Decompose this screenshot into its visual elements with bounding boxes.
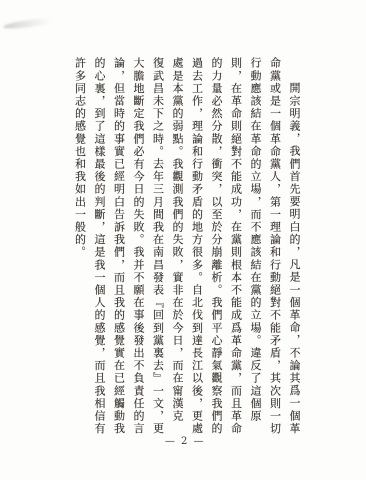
text-column: 的心裏，到了這樣最後的判斷，這是我一個人的感覺，而且我相信有	[90, 57, 110, 439]
text-column: 復武昌未下之時。去年三月間我在南昌發表『回到黨裏去』一文，更	[148, 57, 168, 439]
corner-smudge	[3, 17, 55, 30]
text-column: 則，在革命則絕對不能成功，在黨則根本不能成爲革命黨，而且革命	[226, 57, 246, 439]
text-column: 許多同志的感覺也和我如出一般的。	[70, 57, 90, 439]
text-column: 處是本黨的弱點。我觀測我們的失敗，實非在於今日，而在甯漢克	[168, 57, 188, 439]
text-column: 過去工作，理論和行動矛盾的地方很多。自北伐到達長江以後，更處	[187, 57, 207, 439]
text-column: 的力量必然分散，衝突，以至於分崩離析。我們平心靜氣觀察我們的	[207, 57, 227, 439]
text-column: 命黨或是一個革命黨人，第一理論和行動絕對不能矛盾，其次則一切	[265, 57, 285, 439]
text-column: 行動應該結在革命的立場，而不應該結在黨的立場。違反了這個原	[246, 57, 266, 439]
text-block: 開宗明義，我們首先要明白的，凡是一個革命，不論其爲一個革 命黨或是一個革命黨人，…	[70, 57, 304, 439]
scanned-page: 開宗明義，我們首先要明白的，凡是一個革命，不論其爲一個革 命黨或是一個革命黨人，…	[0, 0, 366, 480]
text-column: 開宗明義，我們首先要明白的，凡是一個革命，不論其爲一個革	[285, 57, 305, 439]
text-column: 大膽地斷定我們必有今日的失敗。我并不願在事後發出不負責任的言	[129, 57, 149, 439]
page-number: — 2 —	[0, 436, 366, 447]
text-column: 論，但當時的事實已經明白告訴我們，而且我的感覺實在已經觸動我	[109, 57, 129, 439]
